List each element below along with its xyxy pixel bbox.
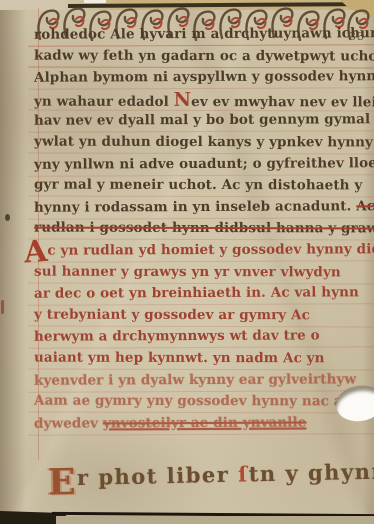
text-segment: ywlat yn duhun diogel kanys y ypnkev hyn… (34, 134, 373, 151)
manuscript-line: yny ynllwn ni adve ouadunt; o gyfreithev… (34, 155, 366, 178)
manuscript-line: herwym a drchymynnwys wt dav tre o (34, 328, 366, 351)
text-segment: Alphan bymom ni ayspyllwn y gossodev hyn… (34, 68, 374, 86)
text-segment: uaiant ym hep kynnwt. yn nadm Ac yn (34, 349, 325, 366)
text-segment: A (23, 243, 48, 263)
manuscript-line: sul hanner y grawys yn yr vnver vlwydyn (34, 263, 366, 285)
manuscript-line: Ac yn rudlan yd homiet y gossodev hynny … (34, 241, 366, 264)
manuscript-line: kadw wy feth yn gadarn oc a dywetpwyt uc… (34, 47, 366, 69)
manuscript-line: hynny i rodassam in yn inseleb acnadunt.… (34, 198, 366, 221)
text-segment: rohdedoc Ale hyvari m a drchytuynawn ich… (34, 25, 374, 43)
manuscript-line: uaiant ym hep kynnwt. yn nadm Ac yn (34, 349, 366, 371)
manuscript-line: dywedev ynvosteilyr ae din ynvanlle (34, 414, 366, 437)
manuscript-line: ar dec o oet yn breinhiaeth in. Ac val h… (34, 284, 366, 307)
text-segment: hynny i rodassam in yn inseleb acnadunt. (34, 198, 356, 215)
text-segment: N (174, 89, 192, 111)
manuscript-line: rohdedoc Ale hyvari m a drchytuynawn ich… (34, 25, 366, 48)
margin-red-mark (1, 300, 4, 314)
text-segment: sul hanner y grawys yn yr vnver vlwydyn (34, 263, 341, 280)
text-segment: yn wahaur edadol (34, 93, 174, 109)
text-segment: Aam ae gymry yny gossodev hynny nac ar (34, 393, 350, 410)
text-segment: gyr mal y meneir uchot. Ac yn distohaeth… (34, 177, 362, 194)
text-segment: dywedev (34, 415, 103, 431)
text-segment: ſ (238, 461, 249, 486)
text-segment: rudlan i gossodet hynn didbsul hanna y g… (34, 220, 374, 237)
text-segment: hav nev ev dyall mal y bo bot gennym gym… (34, 112, 370, 129)
manuscript-line: y trebyniant y gossodev ar gymry Ac (34, 306, 366, 328)
text-segment: Ac yn (356, 198, 374, 214)
text-segment: ar dec o oet yn breinhiaeth in. Ac val h… (34, 284, 359, 301)
manuscript-line: gyr mal y meneir uchot. Ac yn distohaeth… (34, 177, 366, 199)
manuscript-line: hav nev ev dyall mal y bo bot gennym gym… (34, 112, 366, 135)
manuscript-line: rudlan i gossodet hynn didbsul hanna y g… (34, 220, 366, 242)
text-segment: ev ev mwyhav nev ev llei (191, 94, 374, 110)
text-segment: c yn rudlan yd homiet y gossodev hynny d… (47, 241, 374, 258)
text-segment: ynvosteilyr ae din ynvanlle (103, 414, 307, 431)
margin-mark (5, 214, 10, 221)
manuscript-page: 33 rohdedoc Ale hyvari m a drchytuynawn … (0, 0, 374, 524)
text-segment: herwym a drchymynnwys wt dav tre o (34, 328, 320, 345)
manuscript-line: Alphan bymom ni ayspyllwn y gossodev hyn… (34, 68, 366, 91)
bottom-page-edge (56, 516, 374, 524)
text-segment: y trebyniant y gossodev ar gymry Ac (34, 306, 310, 323)
manuscript-line: kyenvder i yn dyalw kynny ear gylveirthy… (34, 371, 366, 394)
manuscript-line: Aam ae gymry yny gossodev hynny nac ar (34, 393, 366, 415)
text-segment: tn y ghynn (248, 458, 374, 486)
manuscript-line: ywlat yn duhun diogel kanys y ypnkev hyn… (34, 134, 366, 156)
text-block: rohdedoc Ale hyvari m a drchytuynawn ich… (34, 26, 366, 436)
text-segment: yny ynllwn ni adve ouadunt; o gyfreithev… (34, 155, 374, 172)
manuscript-line: yn wahaur edadol Nev ev mwyhav nev ev ll… (34, 90, 366, 112)
top-edge-highlight (84, 0, 106, 3)
text-segment: r phot liber (77, 462, 239, 490)
explicit-line: Er phot liber ſtn y ghynn (48, 458, 374, 494)
text-segment: kyenvder i yn dyalw kynny ear gylveirthy… (34, 371, 356, 388)
text-segment: kadw wy feth yn gadarn oc a dywetpwyt uc… (34, 47, 374, 64)
text-segment: E (48, 461, 78, 504)
